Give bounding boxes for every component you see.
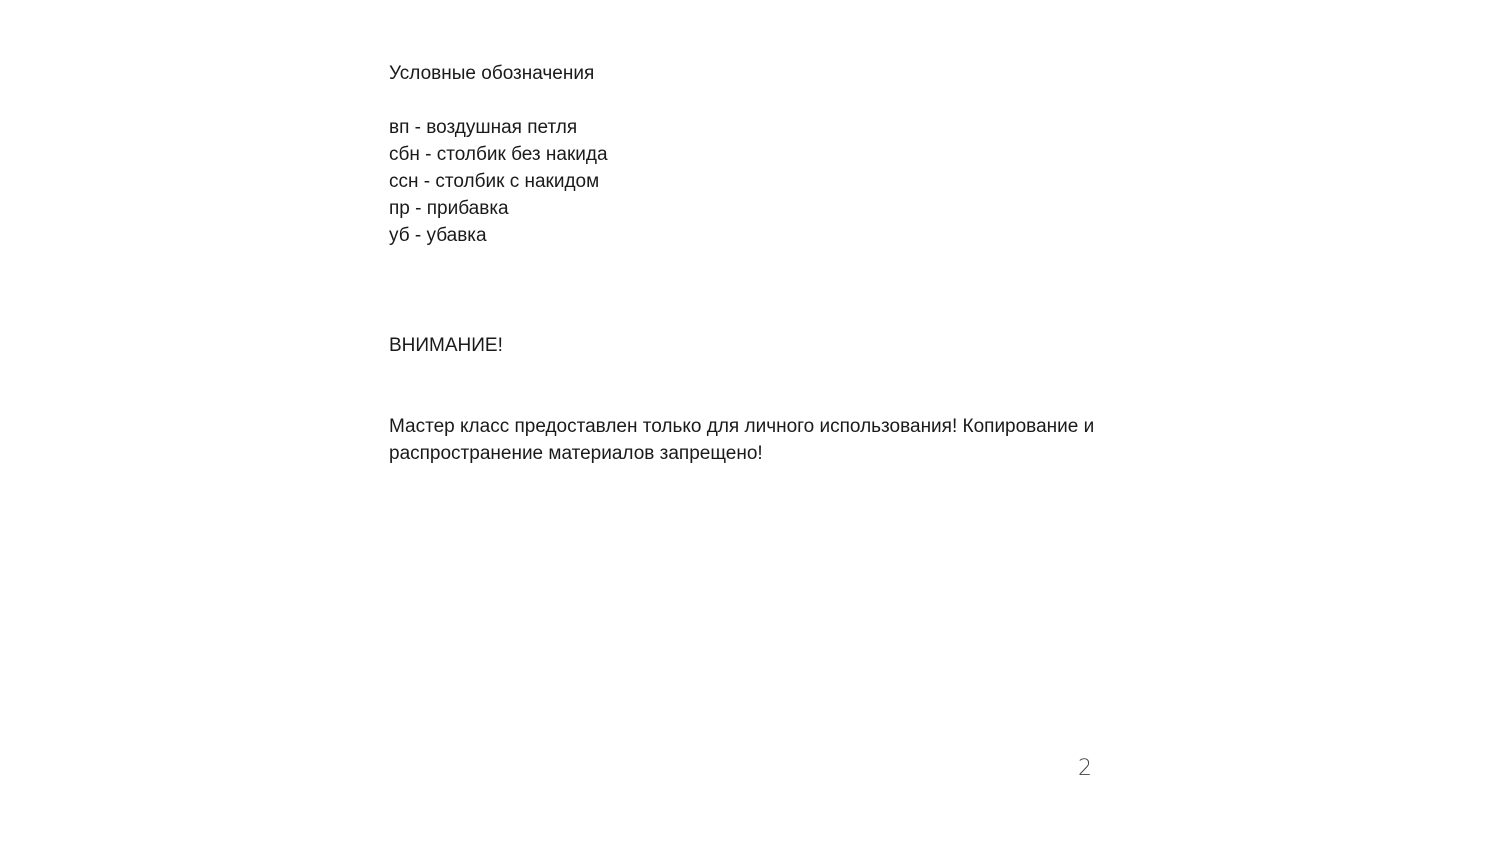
warning-text: Мастер класс предоставлен только для лич… — [389, 413, 1149, 467]
document-page: Условные обозначения вп - воздушная петл… — [0, 0, 1500, 844]
legend-item: пр - прибавка — [389, 195, 608, 222]
legend-item: вп - воздушная петля — [389, 114, 608, 141]
legend-list: вп - воздушная петля сбн - столбик без н… — [389, 114, 608, 249]
legend-item: сбн - столбик без накида — [389, 141, 608, 168]
legend-item: уб - убавка — [389, 222, 608, 249]
legend-title: Условные обозначения — [389, 60, 594, 87]
warning-title: ВНИМАНИЕ! — [389, 332, 503, 359]
legend-item: ссн - столбик с накидом — [389, 168, 608, 195]
page-number: 2 — [1078, 756, 1092, 781]
